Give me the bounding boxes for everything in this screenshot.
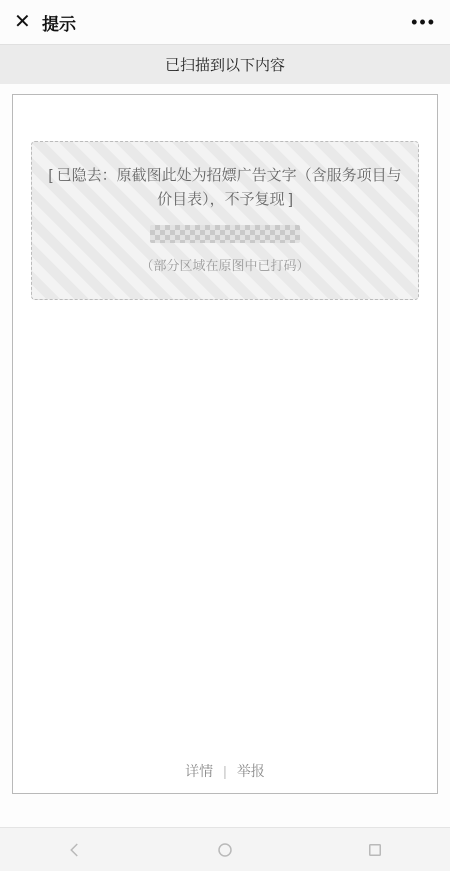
page-title: 提示 — [42, 10, 76, 35]
android-nav-bar — [0, 827, 450, 871]
details-link[interactable]: 详情 — [185, 761, 213, 781]
redacted-content-block: [ 已隐去：原截图此处为招嫖广告文字（含服务项目与价目表），不予复现 ] （部分… — [31, 141, 419, 300]
content-area: [ 已隐去：原截图此处为招嫖广告文字（含服务项目与价目表），不予复现 ] （部分… — [0, 84, 450, 827]
nav-home-icon[interactable] — [195, 841, 255, 859]
nav-recents-icon[interactable] — [345, 841, 405, 859]
redacted-notice: [ 已隐去：原截图此处为招嫖广告文字（含服务项目与价目表），不予复现 ] — [46, 164, 404, 212]
scan-result-banner: 已扫描到以下内容 — [0, 44, 450, 84]
scan-result-text: 已扫描到以下内容 — [165, 54, 285, 75]
scanned-content-card: [ 已隐去：原截图此处为招嫖广告文字（含服务项目与价目表），不予复现 ] （部分… — [12, 94, 438, 794]
footer-links: 详情 | 举报 — [0, 761, 450, 781]
pixelated-mosaic — [150, 225, 300, 243]
report-link[interactable]: 举报 — [237, 761, 265, 781]
footer-separator: | — [223, 763, 227, 779]
more-menu-icon[interactable]: ••• — [411, 12, 436, 33]
close-icon[interactable]: ✕ — [14, 12, 42, 32]
title-bar: ✕ 提示 ••• — [0, 0, 450, 44]
redacted-note-secondary: （部分区域在原图中已打码） — [46, 256, 404, 277]
wechat-notice-page: ✕ 提示 ••• 已扫描到以下内容 [ 已隐去：原截图此处为招嫖广告文字（含服务… — [0, 0, 450, 871]
nav-back-icon[interactable] — [45, 841, 105, 859]
